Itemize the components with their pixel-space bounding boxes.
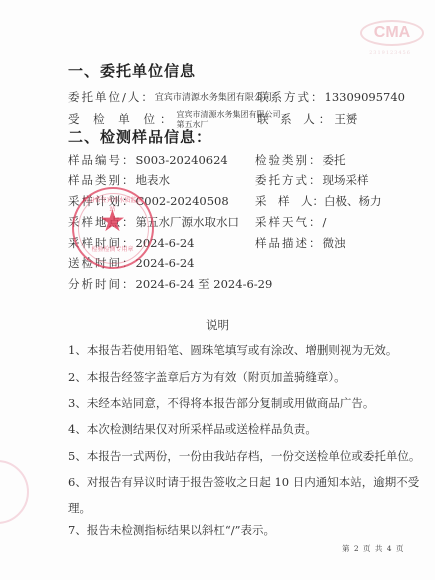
contact-method-value: 13309095740 (325, 90, 405, 104)
sample-no-label: 样品编号： (68, 153, 136, 167)
sample-category-row: 样品类别：地表水 (68, 172, 170, 188)
cma-logo-number: 2319123456 (355, 50, 425, 56)
analysis-time-label: 分析时间： (68, 277, 136, 291)
contact-person-value: 王赟 (334, 112, 357, 126)
sampler-label: 采 样 人： (255, 194, 324, 208)
analysis-time-value: 2024-6-24 至 2024-6-29 (136, 277, 273, 291)
sample-category-value: 地表水 (136, 173, 171, 187)
star-icon: ★ (74, 207, 151, 237)
sampler-value: 白极、杨力 (324, 194, 382, 208)
section-title-sample-info: 二、检测样品信息： (68, 126, 212, 147)
note-item: 3、未经本站同意，不得将本报告部分复制或用做商品广告。 (68, 395, 374, 411)
sample-category-label: 样品类别： (68, 173, 136, 187)
sample-desc-value: 微浊 (323, 236, 346, 250)
sample-desc-row: 样品描述：微浊 (255, 235, 346, 251)
contact-person-row: 联 系 人：王赟 (257, 111, 357, 127)
sample-desc-label: 样品描述： (255, 236, 323, 250)
analysis-time-row: 分析时间：2024-6-24 至 2024-6-29 (68, 276, 272, 292)
commission-method-row: 委托方式：现场采样 (255, 172, 369, 188)
note-item: 1、本报告若使用铅笔、圆珠笔填写或有涂改、增删则视为无效。 (68, 342, 397, 358)
note-item: 5、本报告一式两份，一份由我站存档，一份交送检单位或委托单位。 (68, 448, 420, 464)
weather-label: 采样天气： (255, 215, 323, 229)
sampler-row: 采 样 人：白极、杨力 (255, 193, 382, 209)
sample-no-row: 样品编号：S003-20240624 (68, 152, 228, 168)
seal-bottom-text: 检验检测专用章 (84, 244, 141, 253)
commission-method-label: 委托方式： (255, 173, 323, 187)
weather-value: / (323, 215, 327, 229)
seam-stamp (0, 460, 29, 524)
inspection-type-value: 委托 (323, 153, 346, 167)
contact-method-label: 联系方式： (257, 90, 325, 104)
notes-title: 说明 (0, 317, 435, 333)
inspection-type-label: 检验类别： (255, 153, 323, 167)
note-item: 理。 (68, 500, 91, 516)
commission-method-value: 现场采样 (323, 173, 369, 187)
section-title-client-info: 一、委托单位信息 (68, 60, 196, 81)
client-value: 宜宾市清源水务集团有限公司 (155, 93, 272, 103)
weather-row: 采样天气：/ (255, 214, 326, 230)
sample-no-value: S003-20240624 (136, 153, 228, 167)
note-item: 4、本次检测结果仅对所采样品或送检样品负责。 (68, 421, 317, 437)
note-item: 2、本报告经签字盖章后方为有效（附页加盖骑缝章）。 (68, 369, 346, 385)
page-indicator: 第 2 页 共 4 页 (342, 543, 404, 554)
delivery-time-value: 2024-6-24 (136, 256, 195, 270)
note-item: 7、报告未检测指标结果以斜杠“/”表示。 (68, 522, 275, 538)
sampling-plan-value: C002-20240508 (136, 194, 229, 208)
client-label: 委托单位/人： (68, 90, 155, 104)
inspection-type-row: 检验类别：委托 (255, 152, 346, 168)
contact-method-row: 联系方式：13309095740 (257, 89, 405, 105)
official-seal-stamp: 四川省宜宾市水质监测站 ★ 检验检测专用章 (72, 187, 154, 269)
contact-person-label: 联 系 人： (257, 112, 334, 126)
report-page: CMA 2319123456 一、委托单位信息 委托单位/人：宜宾市清源水务集团… (0, 0, 435, 580)
note-item: 6、对报告有异议时请于报告签收之日起 10 日内通知本站，逾期不受 (68, 474, 419, 490)
cma-logo: CMA (360, 20, 424, 46)
client-row: 委托单位/人：宜宾市清源水务集团有限公司 (68, 89, 272, 105)
inspected-unit-label: 受 检 单 位： (68, 112, 176, 126)
